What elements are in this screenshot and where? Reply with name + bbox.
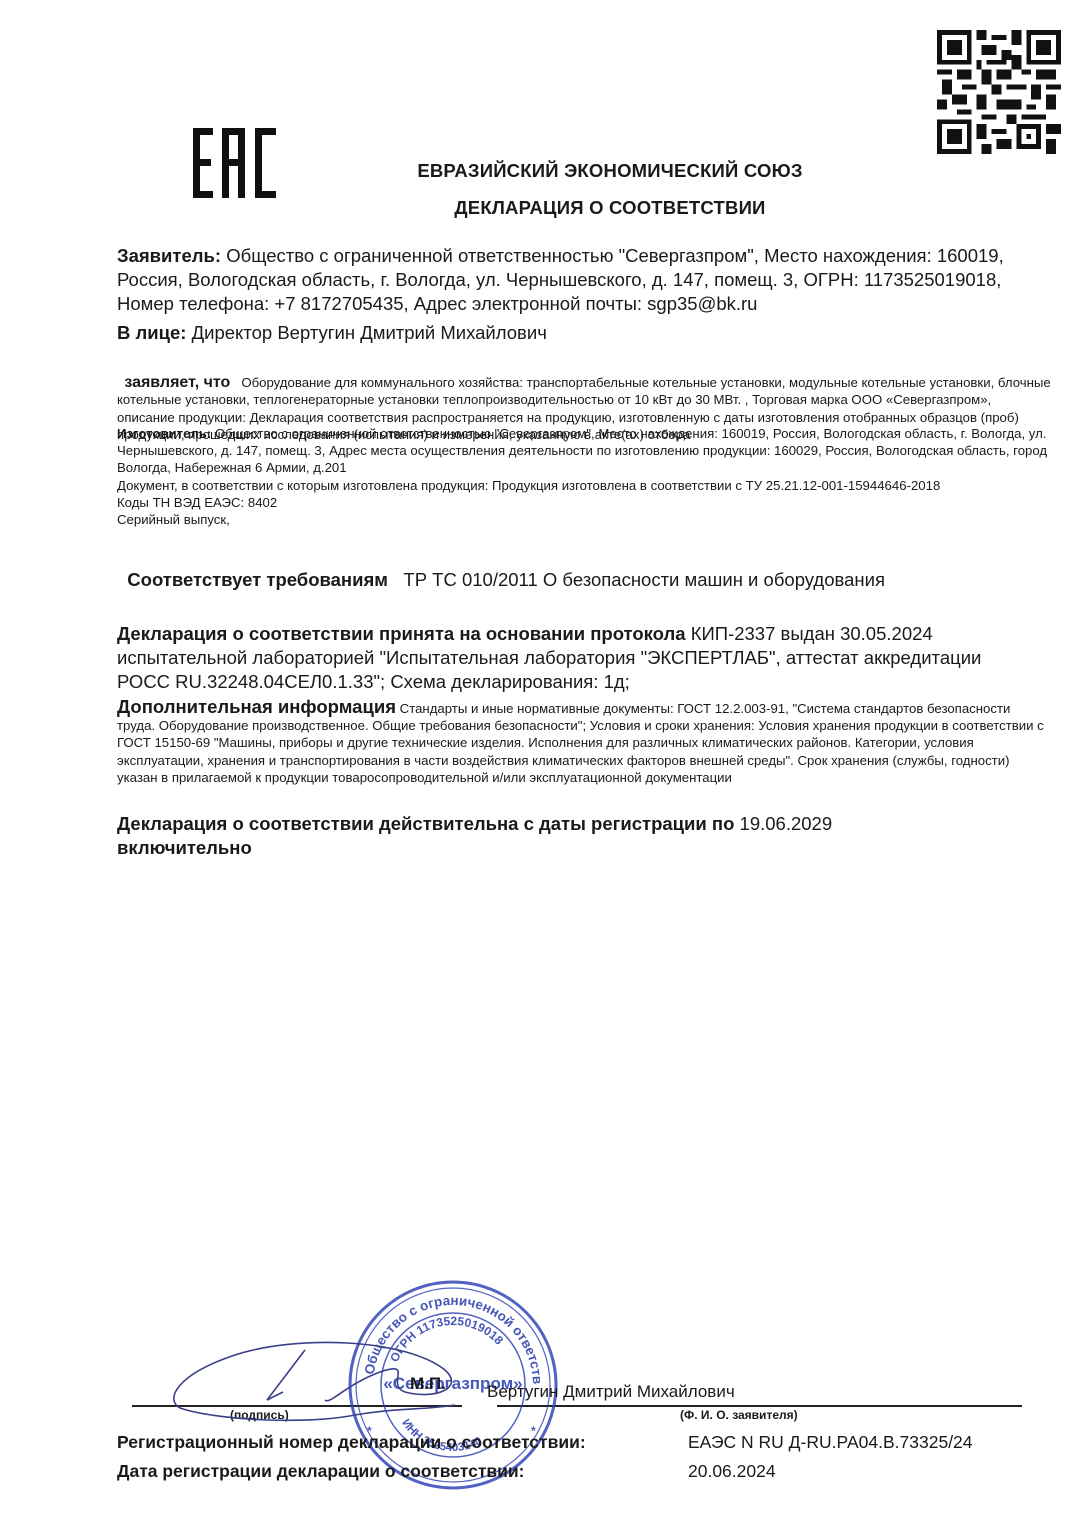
conforms-section: Соответствует требованиям ТР ТС 010/2011… [117, 544, 1037, 592]
conforms-text: ТР ТС 010/2011 О безопасности машин и об… [388, 569, 885, 590]
protocol-section: Декларация о соответствии принята на осн… [117, 622, 1037, 694]
stamp-place-mark: М.П. [410, 1374, 446, 1394]
fio-line [497, 1405, 1022, 1407]
serial-production: Серийный выпуск, [117, 511, 1052, 528]
hs-codes: Коды ТН ВЭД ЕАЭС: 8402 [117, 494, 1052, 511]
manufacturer-text: Общество с ограниченной ответственностью… [117, 426, 1047, 475]
validity-suffix: включительно [117, 837, 252, 858]
manufacturer-label: Изготовитель: [117, 426, 211, 441]
registration-date-label: Дата регистрации декларации о соответств… [117, 1461, 525, 1482]
applicant-label: Заявитель: [117, 245, 221, 266]
fio-caption: (Ф. И. О. заявителя) [680, 1408, 798, 1422]
registration-number-label: Регистрационный номер декларации о соотв… [117, 1432, 586, 1453]
registration-date-value: 20.06.2024 [688, 1461, 776, 1482]
applicant-text: Общество с ограниченной ответственностью… [117, 245, 1004, 314]
protocol-label: Декларация о соответствии принята на осн… [117, 623, 686, 644]
qr-code-icon[interactable] [937, 30, 1061, 154]
union-title: ЕВРАЗИЙСКИЙ ЭКОНОМИЧЕСКИЙ СОЮЗ [0, 160, 1080, 182]
validity-section: Декларация о соответствии действительна … [117, 812, 1037, 860]
applicant-section: Заявитель: Общество с ограниченной ответ… [117, 244, 1037, 316]
manufacturer-section: Изготовитель: Общество с ограниченной от… [117, 425, 1052, 528]
signer-name: Вертугин Дмитрий Михайлович [487, 1382, 735, 1402]
declares-label: заявляет, что [124, 374, 230, 391]
in-person-section: В лице: Директор Вертугин Дмитрий Михайл… [117, 321, 1037, 345]
manufacturing-document: Документ, в соответствии с которым изгот… [117, 477, 1052, 494]
additional-info-section: Дополнительная информация Стандарты и ин… [117, 698, 1052, 786]
document-title: ДЕКЛАРАЦИЯ О СООТВЕТСТВИИ [0, 197, 1080, 219]
in-person-text: Директор Вертугин Дмитрий Михайлович [186, 322, 546, 343]
validity-label: Декларация о соответствии действительна … [117, 813, 734, 834]
validity-date: 19.06.2029 [734, 813, 832, 834]
in-person-label: В лице: [117, 322, 186, 343]
additional-info-label: Дополнительная информация [117, 696, 396, 717]
registration-number-value: ЕАЭС N RU Д-RU.РА04.В.73325/24 [688, 1432, 973, 1453]
conforms-label: Соответствует требованиям [127, 569, 388, 590]
